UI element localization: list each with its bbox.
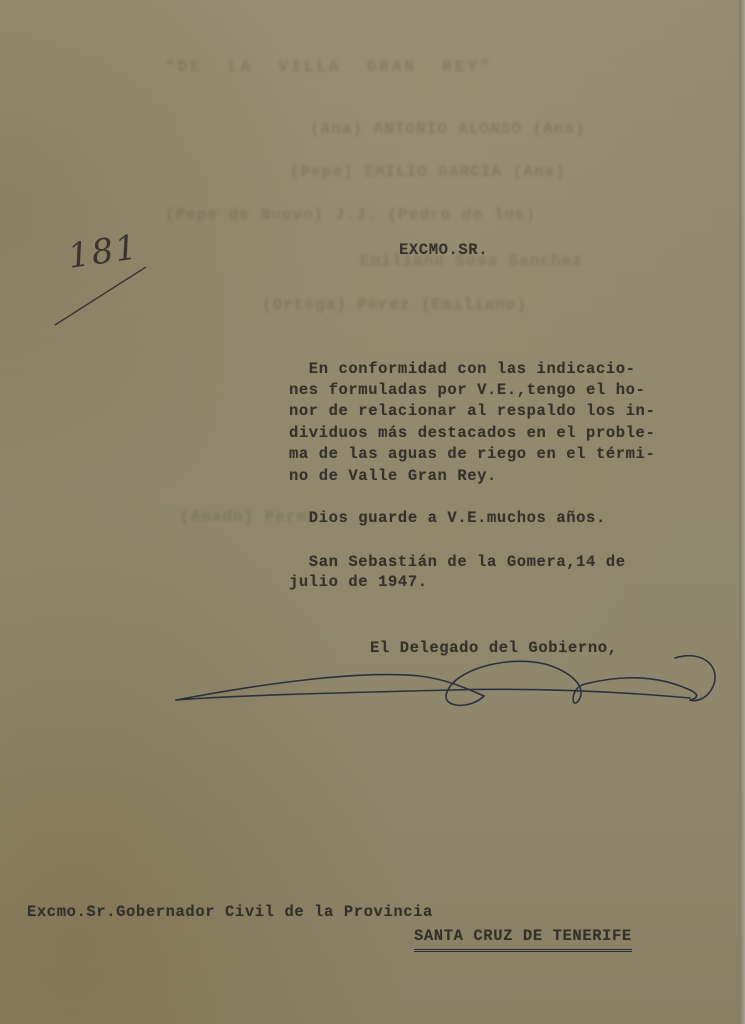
signature-flourish bbox=[176, 656, 715, 706]
handwriting-layer bbox=[0, 0, 745, 1024]
document-page: "DE LA VILLA GRAN REY" (Ana) ANTONIO ALO… bbox=[0, 0, 745, 1024]
pencil-slash-icon bbox=[55, 267, 146, 325]
page-edge bbox=[739, 0, 745, 1024]
